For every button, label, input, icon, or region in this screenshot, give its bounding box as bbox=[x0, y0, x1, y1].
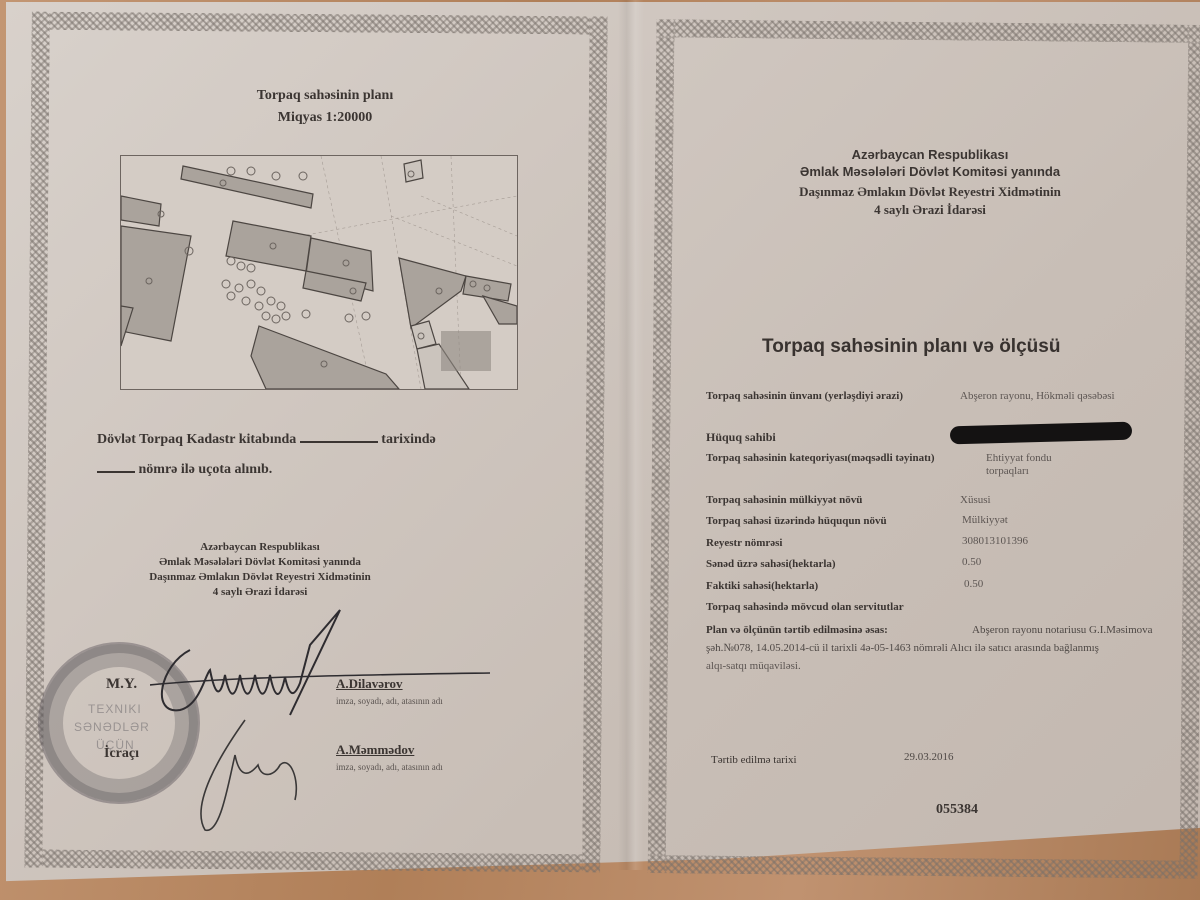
field-label-category: Torpaq sahəsinin kateqoriyası(məqsədli t… bbox=[706, 452, 934, 464]
basis-line1: Abşeron rayonu notariusu G.I.Məsimova bbox=[972, 624, 1153, 636]
field-value-right-type: Mülkiyyət bbox=[962, 514, 1008, 526]
left-authority-block: Azərbaycan Respublikası Əmlak Məsələləri… bbox=[90, 540, 430, 600]
field-value-address: Abşeron rayonu, Hökməli qəsəbəsi bbox=[960, 390, 1115, 402]
registration-text-a: Dövlət Torpaq Kadastr kitabında bbox=[97, 432, 296, 447]
field-label-ownership-type: Torpaq sahəsinin mülkiyyət növü bbox=[706, 494, 862, 506]
authority-line2: Əmlak Məsələləri Dövlət Komitəsi yanında bbox=[90, 555, 430, 570]
authority-line3: Daşınmaz Əmlakın Dövlət Reyestri Xidməti… bbox=[90, 570, 430, 585]
field-label-registry-number: Reyestr nömrəsi bbox=[706, 537, 782, 549]
basis-line2: şəh.№078, 14.05.2014-cü il tarixli 4ə-05… bbox=[706, 642, 1099, 654]
field-label-servitudes: Torpaq sahəsində mövcud olan servitutlar bbox=[706, 601, 904, 613]
serial-number: 055384 bbox=[936, 802, 978, 818]
field-label-owner: Hüquq sahibi bbox=[706, 430, 776, 445]
registration-text-line2: nömrə ilə uçota alınıb. bbox=[97, 462, 272, 478]
header-line3: Daşınmaz Əmlakın Dövlət Reyestri Xidməti… bbox=[740, 183, 1120, 201]
field-value-registry-number: 308013101396 bbox=[962, 535, 1028, 547]
field-value-document-area: 0.50 bbox=[962, 556, 981, 568]
registration-text-b: tarixində bbox=[381, 432, 435, 447]
header-line1: Azərbaycan Respublikası bbox=[740, 146, 1120, 163]
compiled-date-value: 29.03.2016 bbox=[904, 751, 954, 763]
basis-label: Plan və ölçünün tərtib edilməsinə əsas: bbox=[706, 624, 888, 636]
registration-text-c: nömrə ilə uçota alınıb. bbox=[139, 462, 273, 477]
document-title: Torpaq sahəsinin planı və ölçüsü bbox=[762, 336, 1060, 358]
basis-line3: alqı-satqı müqaviləsi. bbox=[706, 660, 801, 672]
field-label-address: Torpaq sahəsinin ünvanı (yerləşdiyi əraz… bbox=[706, 390, 903, 402]
page-fold bbox=[618, 0, 644, 870]
header-line2: Əmlak Məsələləri Dövlət Komitəsi yanında bbox=[740, 163, 1120, 180]
right-authority-subheader: Daşınmaz Əmlakın Dövlət Reyestri Xidməti… bbox=[740, 183, 1120, 219]
field-value-category: Ehtiyyat fondu torpaqları bbox=[986, 452, 1076, 478]
signature-role-my: M.Y. bbox=[106, 676, 137, 693]
field-label-actual-area: Faktiki sahəsi(hektarla) bbox=[706, 580, 818, 592]
signature-role-icraci: İcraçı bbox=[104, 746, 139, 762]
registration-date-blank[interactable] bbox=[300, 441, 378, 443]
plan-title: Torpaq sahəsinin planı bbox=[200, 88, 450, 104]
right-authority-header: Azərbaycan Respublikası Əmlak Məsələləri… bbox=[740, 146, 1120, 180]
land-plot-map bbox=[120, 155, 518, 390]
registration-number-blank[interactable] bbox=[97, 471, 135, 473]
handwritten-signatures bbox=[150, 605, 500, 840]
field-label-right-type: Torpaq sahəsi üzərində hüququn növü bbox=[706, 515, 887, 527]
stamp-text-2: SƏNƏDLƏR bbox=[74, 720, 150, 734]
field-label-document-area: Sənəd üzrə sahəsi(hektarla) bbox=[706, 558, 836, 570]
stamp-text-1: TEXNIKI bbox=[88, 702, 142, 716]
cadastral-map-drawing bbox=[121, 156, 517, 389]
compiled-date-label: Tərtib edilmə tarixi bbox=[711, 754, 797, 766]
map-scale: Miqyas 1:20000 bbox=[200, 110, 450, 126]
header-line4: 4 saylı Ərazi İdarəsi bbox=[740, 201, 1120, 219]
field-value-actual-area: 0.50 bbox=[964, 578, 983, 590]
registration-text-line1: Dövlət Torpaq Kadastr kitabında tarixind… bbox=[97, 432, 436, 448]
authority-line4: 4 saylı Ərazi İdarəsi bbox=[90, 585, 430, 600]
field-value-ownership-type: Xüsusi bbox=[960, 494, 991, 506]
authority-line1: Azərbaycan Respublikası bbox=[90, 540, 430, 555]
